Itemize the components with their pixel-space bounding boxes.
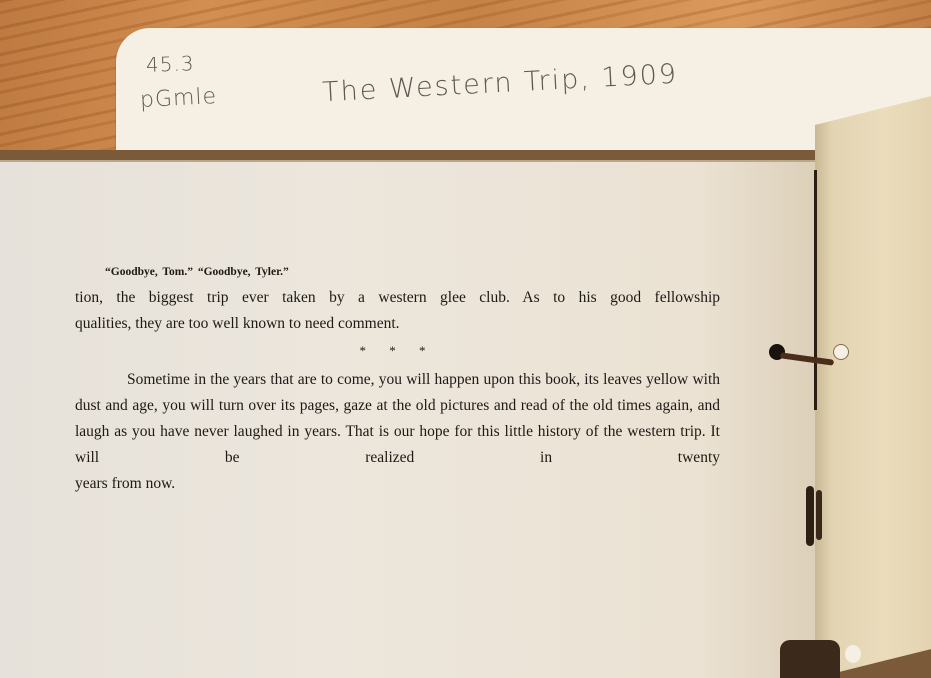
call-number-line2: pGmle	[139, 84, 217, 113]
page-text: “Goodbye, Tom.” “Goodbye, Tyler.” tion, …	[75, 266, 720, 497]
book-page-right	[815, 96, 931, 678]
page-edge-shadow	[814, 170, 817, 410]
binding-hole-icon	[845, 645, 861, 663]
paragraph-line: tion, the biggest trip ever taken by a w…	[75, 285, 720, 311]
photo-caption: “Goodbye, Tom.” “Goodbye, Tyler.”	[105, 266, 720, 278]
paragraph-line: qualities, they are too well known to ne…	[75, 311, 720, 337]
torn-binding-hole	[806, 486, 814, 546]
section-separator: * * *	[75, 341, 720, 361]
closing-paragraph: Sometime in the years that are to come, …	[75, 367, 720, 471]
torn-binding-hole	[780, 640, 840, 678]
call-number-line1: 45.3	[146, 51, 195, 77]
closing-paragraph-end: years from now.	[75, 471, 720, 497]
binding-hole-icon	[833, 344, 849, 360]
torn-binding-hole	[816, 490, 822, 540]
